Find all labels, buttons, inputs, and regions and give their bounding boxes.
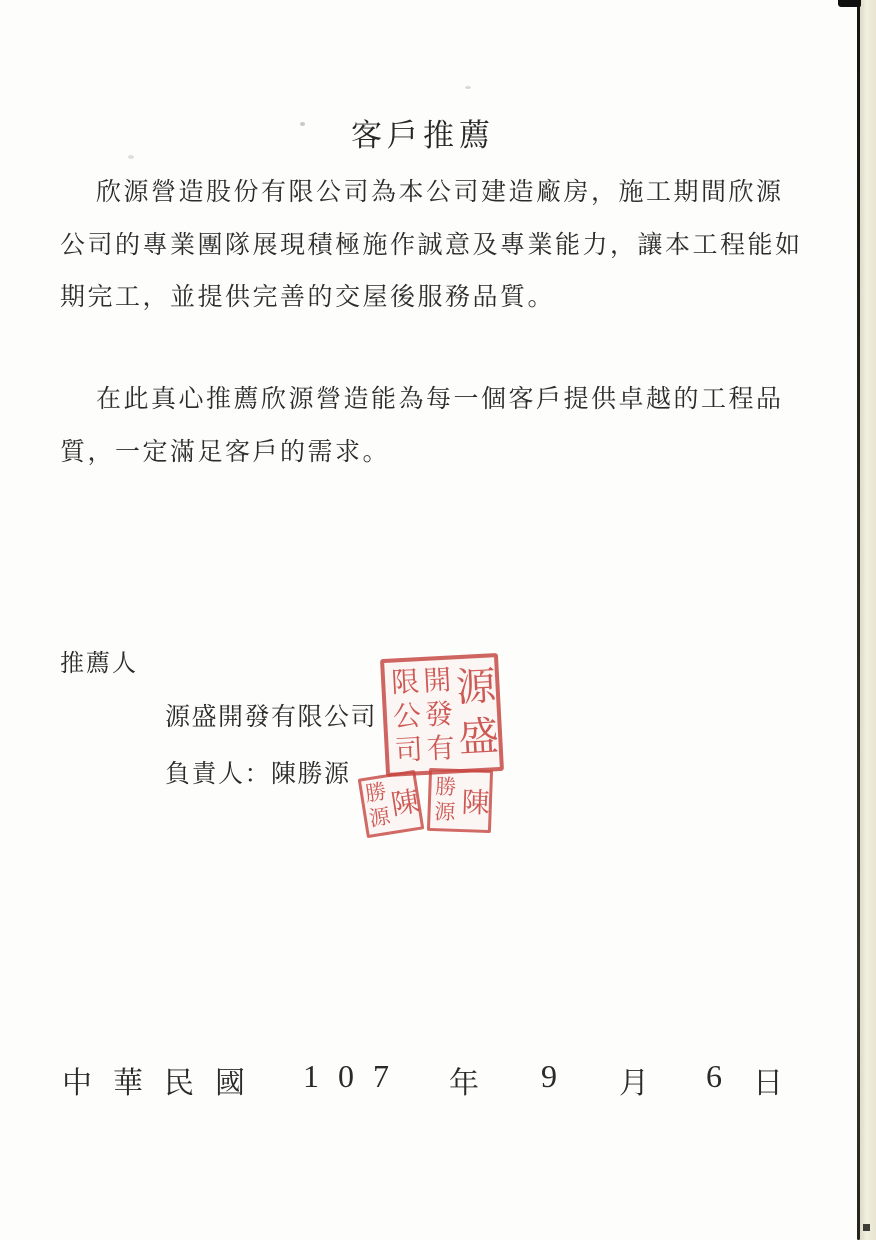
recommender-company-name: 源盛開發有限公司 bbox=[165, 697, 377, 733]
date-line: 中華民國 107 年 9 月 6 日 bbox=[0, 1058, 876, 1098]
company-seal-left-column: 限公司 bbox=[387, 663, 421, 770]
scan-corner-mark bbox=[838, 0, 861, 7]
paragraph-1-line-3: 期完工，並提供完善的交屋後服務品質。 bbox=[60, 277, 790, 330]
scanned-recommendation-letter: 客戶推薦 欣源營造股份有限公司為本公司建造廠房，施工期間欣源 公司的專業團隊展現… bbox=[0, 0, 876, 1240]
scan-bottom-speck bbox=[863, 1224, 870, 1231]
paragraph-1: 欣源營造股份有限公司為本公司建造廠房，施工期間欣源 公司的專業團隊展現積極施作誠… bbox=[60, 172, 790, 330]
paragraph-2: 在此真心推薦欣源營造能為每一個客戶提供卓越的工程品 質，一定滿足客戶的需求。 bbox=[60, 379, 790, 484]
scan-page-edge bbox=[859, 0, 876, 1240]
scan-speck bbox=[128, 155, 134, 159]
recommender-label: 推薦人 bbox=[60, 643, 138, 678]
paragraph-2-line-2: 質，一定滿足客戶的需求。 bbox=[60, 432, 790, 485]
document-title: 客戶推薦 bbox=[0, 110, 846, 155]
company-seal-stamp: 源盛 開發有 限公司 bbox=[380, 653, 504, 777]
scan-speck bbox=[465, 86, 471, 89]
personal-seal-given-name: 勝源 bbox=[432, 771, 455, 829]
personal-seal-stamp-left: 陳 勝源 bbox=[358, 770, 425, 838]
date-month-unit: 月 bbox=[619, 1058, 649, 1102]
paragraph-2-line-1: 在此真心推薦欣源營造能為每一個客戶提供卓越的工程品 bbox=[60, 379, 790, 432]
personal-seal-surname: 陳 bbox=[458, 772, 488, 830]
recommender-representative-name: 負責人：陳勝源 bbox=[165, 754, 351, 790]
date-era: 中華民國 bbox=[62, 1058, 266, 1102]
date-month: 9 bbox=[541, 1058, 557, 1095]
company-seal-middle-column: 開發有 bbox=[419, 662, 453, 769]
date-year-unit: 年 bbox=[449, 1058, 479, 1102]
scan-edge-shadow-line bbox=[857, 0, 860, 1240]
personal-seal-stamp-right: 陳 勝源 bbox=[427, 768, 493, 833]
date-day-unit: 日 bbox=[753, 1058, 783, 1102]
date-year: 107 bbox=[303, 1058, 408, 1095]
paragraph-1-line-1: 欣源營造股份有限公司為本公司建造廠房，施工期間欣源 bbox=[60, 172, 790, 225]
company-seal-right-column: 源盛 bbox=[451, 659, 496, 767]
date-day: 6 bbox=[706, 1058, 722, 1095]
paragraph-1-line-2: 公司的專業團隊展現積極施作誠意及專業能力，讓本工程能如 bbox=[60, 225, 790, 278]
